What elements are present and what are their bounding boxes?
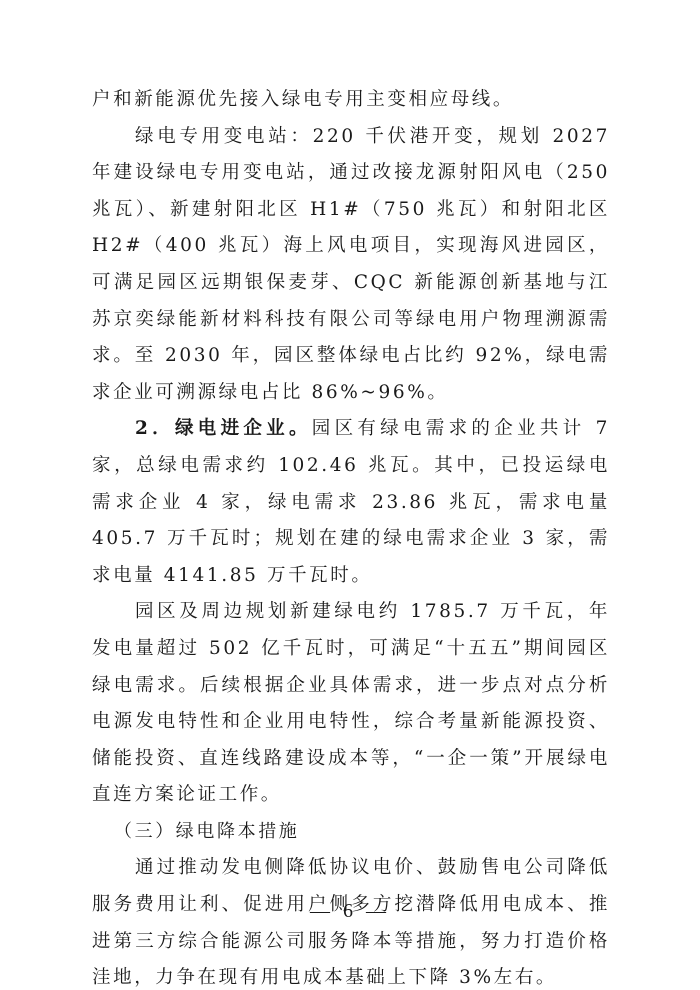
paragraph-green-substation: 绿电专用变电站：220 千伏港开变，规划 2027 年建设绿电专用变电站，通过改… xyxy=(92,119,610,412)
paragraph-continuation: 户和新能源优先接入绿电专用主变相应母线。 xyxy=(92,82,610,119)
paragraph-lead: 2．绿电进企业。 xyxy=(135,418,312,439)
paragraph-body: 园区有绿电需求的企业共计 7 家，总绿电需求约 102.46 兆瓦。其中，已投运… xyxy=(92,418,610,585)
document-page: 户和新能源优先接入绿电专用主变相应母线。 绿电专用变电站：220 千伏港开变，规… xyxy=(92,82,610,990)
paragraph-green-to-enterprise: 2．绿电进企业。园区有绿电需求的企业共计 7 家，总绿电需求约 102.46 兆… xyxy=(92,411,610,594)
page-number: — 6 — xyxy=(0,900,700,923)
paragraph-planned-green-power: 园区及周边规划新建绿电约 1785.7 万千瓦，年发电量超过 502 亿千瓦时，… xyxy=(92,594,610,814)
section-heading-cost-reduction: （三）绿电降本措施 xyxy=(92,814,610,851)
